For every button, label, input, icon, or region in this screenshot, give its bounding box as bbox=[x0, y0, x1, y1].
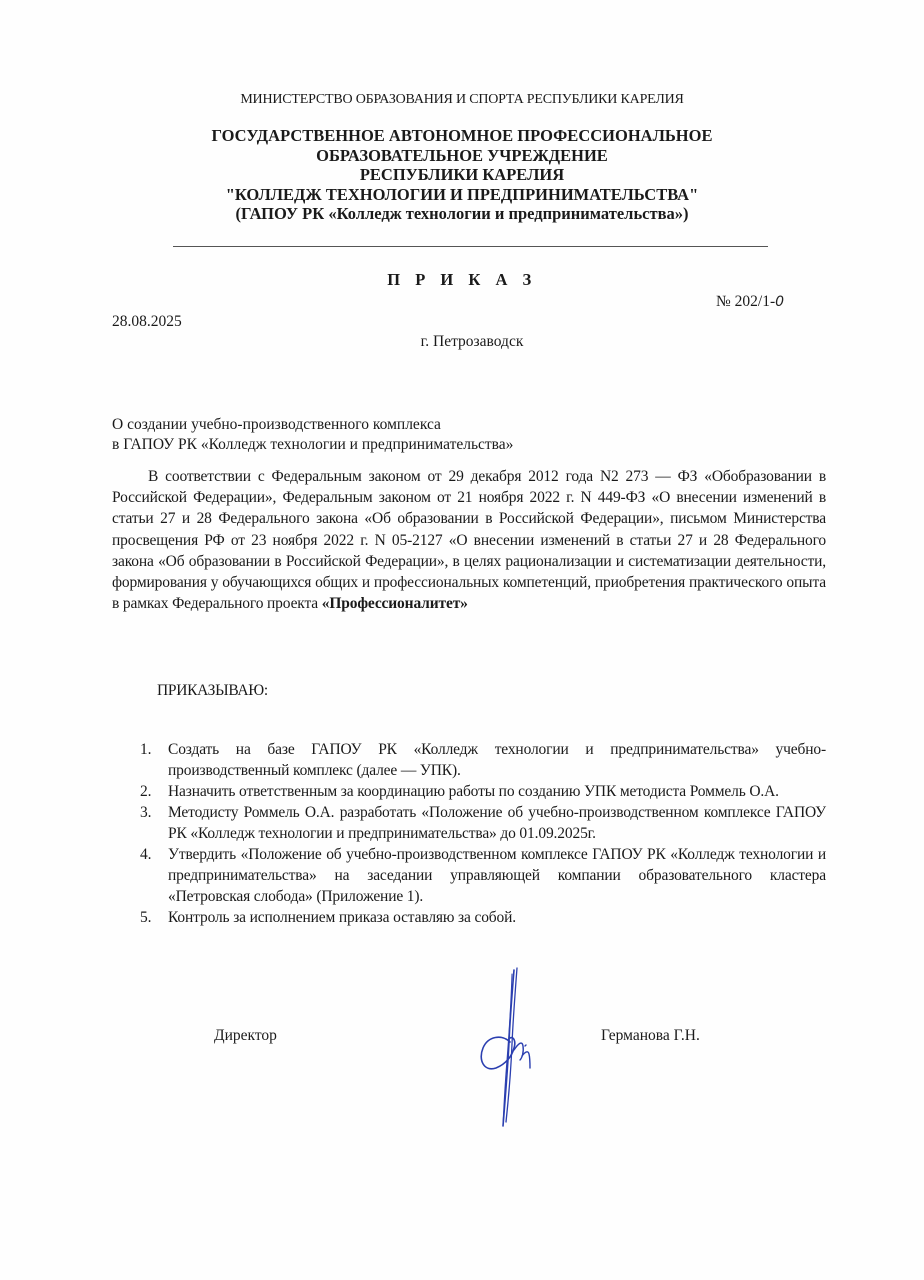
order-item-text: Методисту Роммель О.А. разработать «Поло… bbox=[168, 804, 826, 842]
document-number-handwritten: 0 bbox=[775, 294, 784, 310]
subject-line: в ГАПОУ РК «Колледж технологии и предпри… bbox=[112, 435, 513, 455]
order-item: 1. Создать на базе ГАПОУ РК «Колледж тех… bbox=[140, 739, 826, 781]
order-item-text: Назначить ответственным за координацию р… bbox=[168, 783, 779, 800]
document-page: МИНИСТЕРСТВО ОБРАЗОВАНИЯ И СПОРТА РЕСПУБ… bbox=[0, 0, 924, 1280]
organization-name: ГОСУДАРСТВЕННОЕ АВТОНОМНОЕ ПРОФЕССИОНАЛЬ… bbox=[0, 126, 924, 224]
preamble-project-name: «Профессионалитет» bbox=[322, 595, 468, 612]
order-item: 4. Утвердить «Положение об учебно-произв… bbox=[140, 844, 826, 907]
handwritten-signature-icon bbox=[470, 964, 550, 1132]
order-directive: ПРИКАЗЫВАЮ: bbox=[157, 682, 268, 700]
document-subject: О создании учебно-производственного комп… bbox=[112, 415, 513, 455]
header-divider bbox=[173, 246, 768, 247]
document-number: № 202/1-0 bbox=[716, 293, 784, 311]
order-item: 2. Назначить ответственным за координаци… bbox=[140, 781, 826, 802]
document-type-title: П Р И К А З bbox=[0, 270, 924, 290]
order-item-number: 5. bbox=[140, 907, 151, 928]
order-item-number: 2. bbox=[140, 781, 151, 802]
order-item-text: Утвердить «Положение об учебно-производс… bbox=[168, 846, 826, 905]
order-item-number: 1. bbox=[140, 739, 151, 760]
ministry-name: МИНИСТЕРСТВО ОБРАЗОВАНИЯ И СПОРТА РЕСПУБ… bbox=[0, 92, 924, 108]
preamble-text: В соответствии с Федеральным законом от … bbox=[112, 468, 826, 612]
order-item: 3. Методисту Роммель О.А. разработать «П… bbox=[140, 802, 826, 844]
order-item-text: Создать на базе ГАПОУ РК «Колледж технол… bbox=[168, 741, 826, 779]
order-item: 5. Контроль за исполнением приказа остав… bbox=[140, 907, 826, 928]
document-city: г. Петрозаводск bbox=[0, 333, 924, 351]
organization-line: (ГАПОУ РК «Колледж технологии и предприн… bbox=[0, 204, 924, 224]
signatory-title: Директор bbox=[214, 1027, 277, 1045]
order-item-text: Контроль за исполнением приказа оставляю… bbox=[168, 909, 516, 926]
document-number-prefix: № 202/1- bbox=[716, 293, 775, 310]
order-item-number: 3. bbox=[140, 802, 151, 823]
organization-line: ОБРАЗОВАТЕЛЬНОЕ УЧРЕЖДЕНИЕ bbox=[0, 146, 924, 166]
organization-line: "КОЛЛЕДЖ ТЕХНОЛОГИИ И ПРЕДПРИНИМАТЕЛЬСТВ… bbox=[0, 185, 924, 205]
preamble-paragraph: В соответствии с Федеральным законом от … bbox=[112, 466, 826, 614]
signatory-name: Германова Г.Н. bbox=[601, 1027, 700, 1045]
order-items-list: 1. Создать на базе ГАПОУ РК «Колледж тех… bbox=[140, 739, 826, 928]
organization-line: ГОСУДАРСТВЕННОЕ АВТОНОМНОЕ ПРОФЕССИОНАЛЬ… bbox=[0, 126, 924, 146]
subject-line: О создании учебно-производственного комп… bbox=[112, 415, 513, 435]
order-item-number: 4. bbox=[140, 844, 151, 865]
document-date: 28.08.2025 bbox=[112, 313, 182, 331]
organization-line: РЕСПУБЛИКИ КАРЕЛИЯ bbox=[0, 165, 924, 185]
